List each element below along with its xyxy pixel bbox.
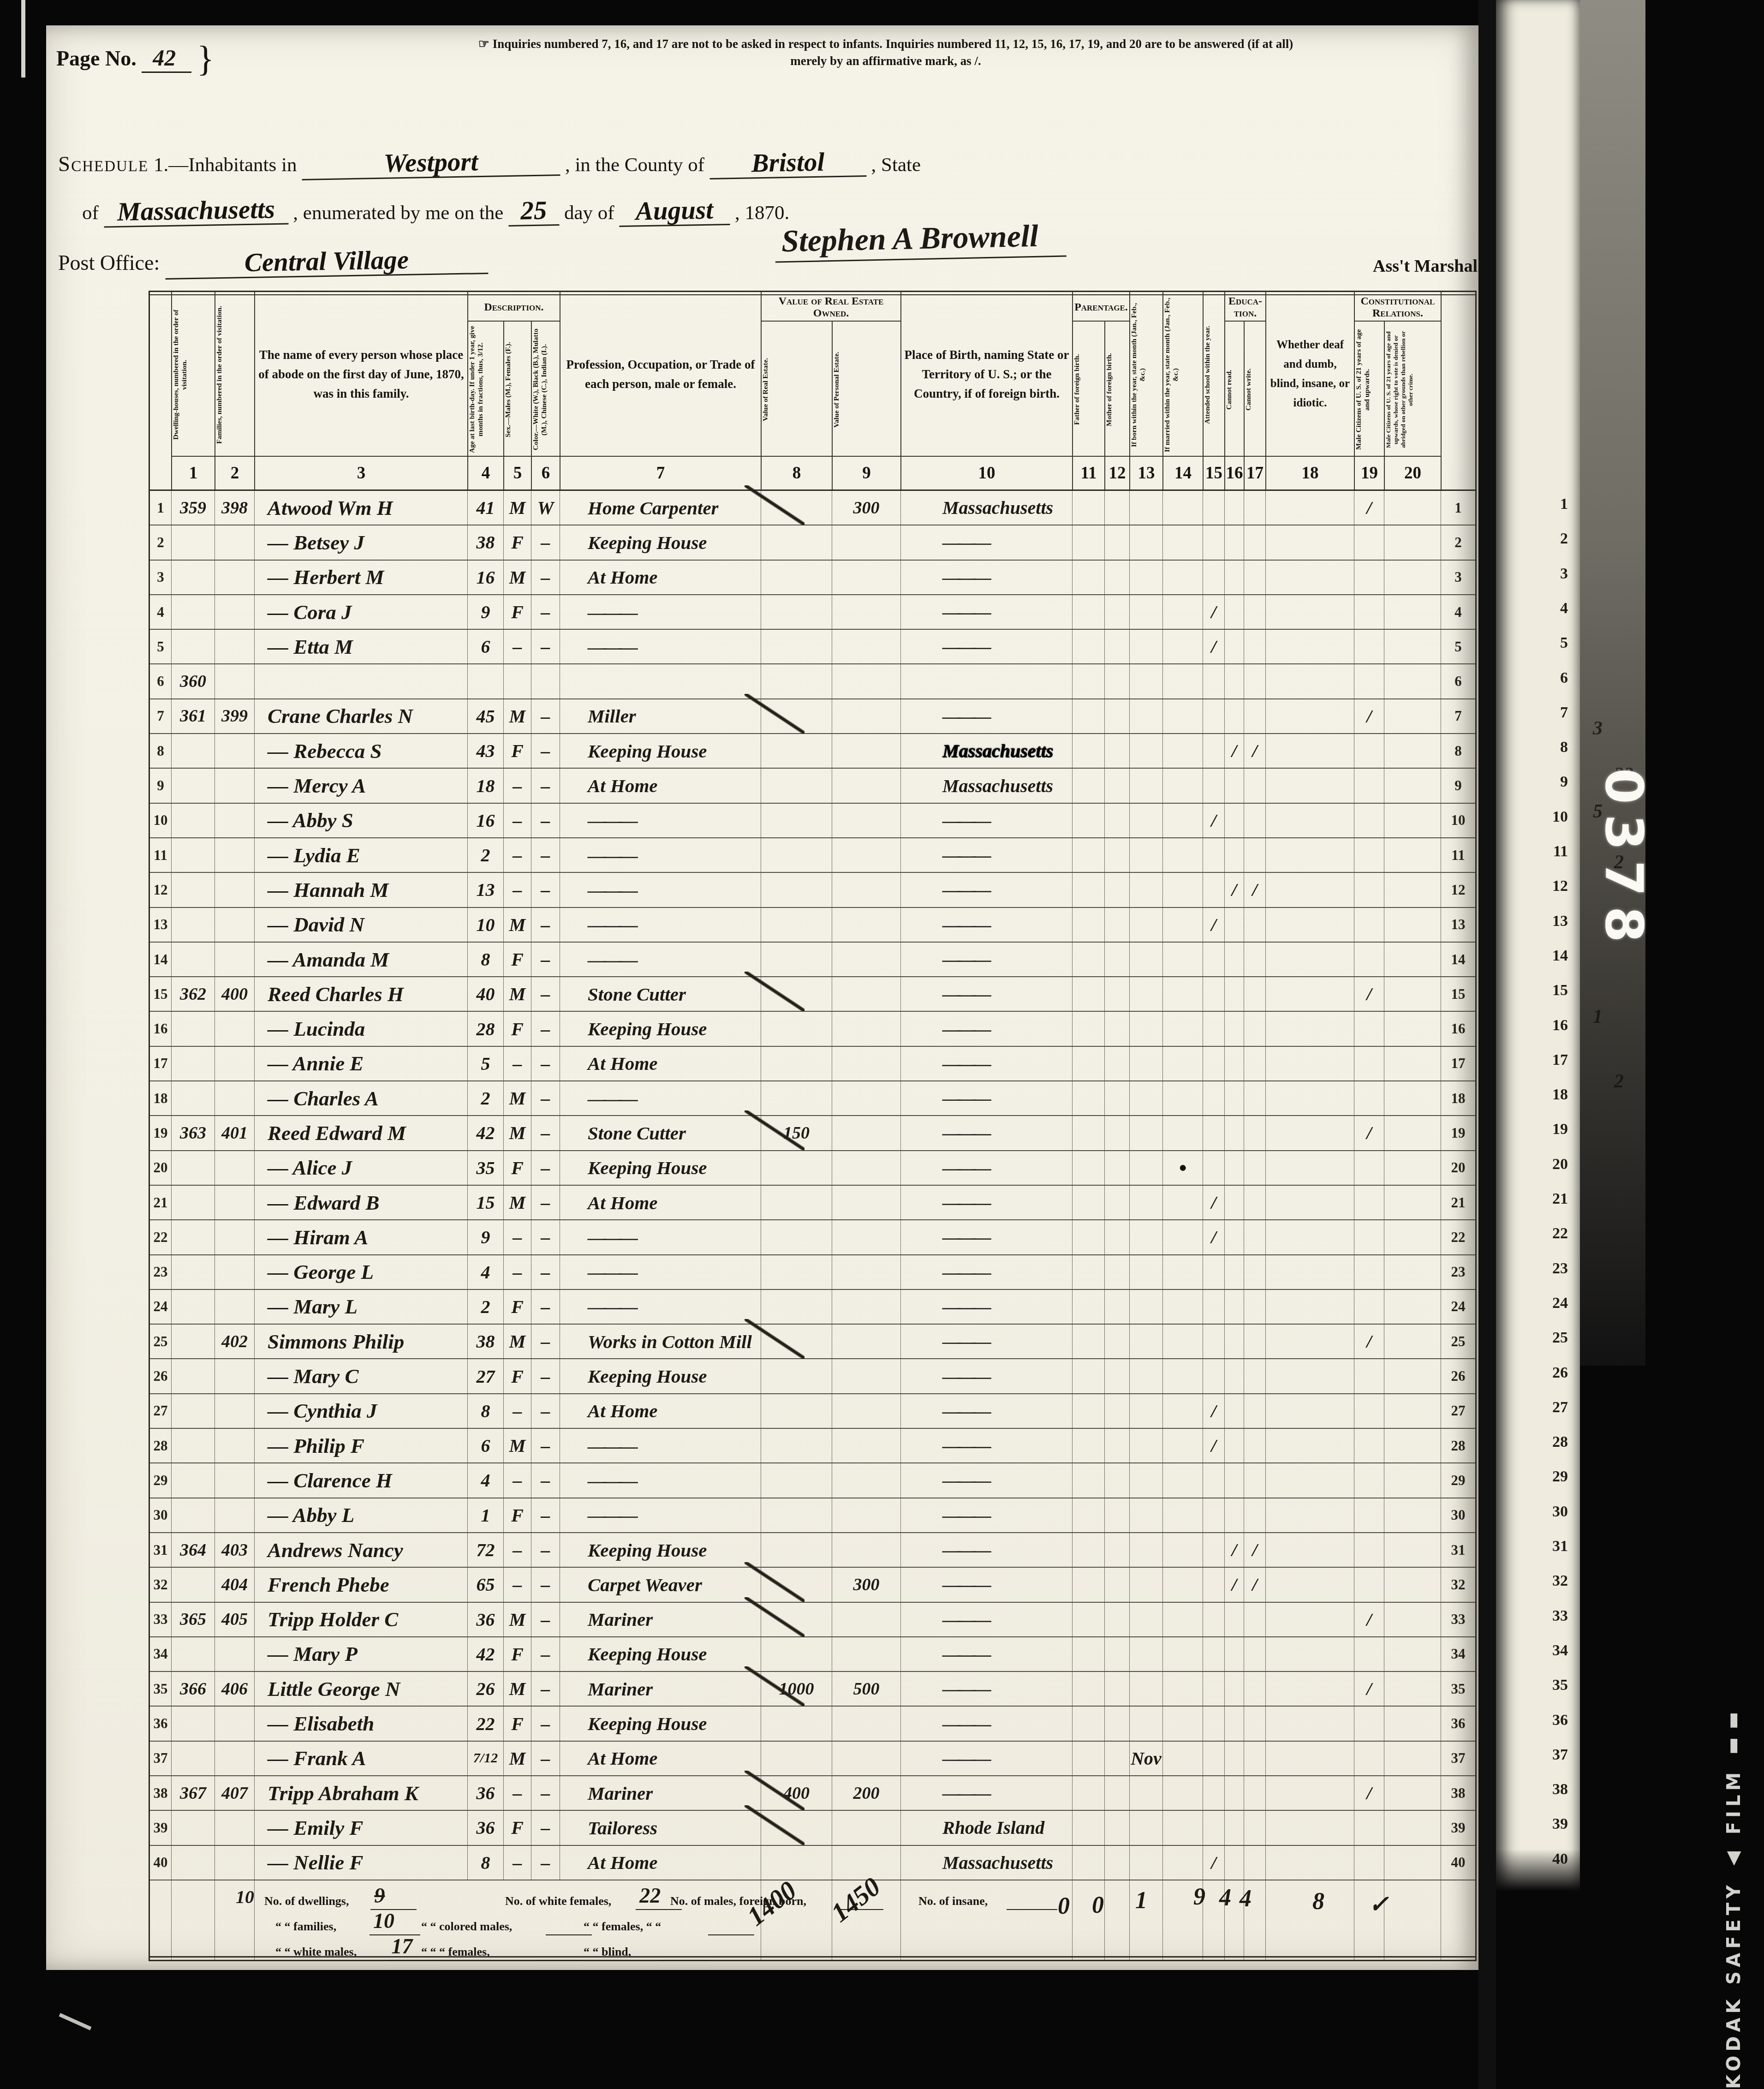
summary-underline — [534, 1960, 580, 1961]
cell-attended-school — [1203, 1707, 1224, 1740]
cell-sex: – — [503, 804, 531, 837]
cell-mother-foreign — [1104, 873, 1129, 907]
cell-name: — Herbert M — [254, 561, 467, 594]
ghost-row-number: 9 — [1560, 773, 1568, 791]
column-number-20: 20 — [1384, 456, 1441, 489]
census-page: Page No. 42 } ☞ Inquiries numbered 7, 16… — [46, 25, 1478, 1970]
cell-family: 399 — [215, 699, 254, 733]
cell-mother-foreign — [1104, 804, 1129, 837]
cell-age: 22 — [467, 1707, 503, 1740]
ghost-row-number: 30 — [1552, 1503, 1568, 1521]
row-number: 24 — [1441, 1290, 1475, 1324]
cell-sex: F — [503, 1151, 531, 1185]
column-number-19: 19 — [1354, 456, 1384, 489]
cell-cannot-write — [1244, 1463, 1265, 1497]
row-number: 22 — [150, 1220, 171, 1254]
cell-cannot-write — [1244, 769, 1265, 802]
cell-deaf-dumb — [1265, 1047, 1354, 1080]
cell-cannot-read — [1224, 491, 1244, 525]
cell-dwelling — [171, 1811, 215, 1844]
cell-cannot-read — [1224, 1359, 1244, 1393]
total-born-within-year: 1 — [1135, 1887, 1147, 1914]
cell-father-foreign — [1072, 1047, 1104, 1080]
cell-born-month — [1129, 1394, 1162, 1428]
cell-cannot-read — [1224, 1047, 1244, 1080]
cell-birthplace: ——— — [900, 908, 1072, 942]
cell-real-estate — [761, 873, 832, 907]
cell-name: — Abby S — [254, 804, 467, 837]
cell-deaf-dumb — [1265, 525, 1354, 559]
cell-occupation: Stone Cutter — [560, 1116, 761, 1150]
cell-cannot-read: / — [1224, 1568, 1244, 1601]
cell-mother-foreign — [1104, 525, 1129, 559]
cell-attended-school — [1203, 664, 1224, 698]
cell-family — [215, 664, 254, 698]
cell-occupation: At Home — [560, 1394, 761, 1428]
row-number: 12 — [1441, 873, 1475, 907]
cell-color: – — [531, 1742, 560, 1775]
cell-personal-estate: 500 — [832, 1672, 900, 1706]
ghost-row-number: 34 — [1552, 1642, 1568, 1659]
cell-real-estate — [761, 630, 832, 663]
cell-father-foreign — [1072, 1012, 1104, 1045]
cell-deaf-dumb — [1265, 873, 1354, 907]
cell-deaf-dumb — [1265, 1394, 1354, 1428]
cell-sex: – — [503, 873, 531, 907]
cell-attended-school — [1203, 699, 1224, 733]
cell-married-month — [1162, 1463, 1203, 1497]
cell-family — [215, 1290, 254, 1324]
cell-cannot-write — [1244, 838, 1265, 872]
cell-occupation: At Home — [560, 1186, 761, 1219]
cell-real-estate — [761, 908, 832, 942]
cell-cannot-read: / — [1224, 1533, 1244, 1567]
cell-cannot-write — [1244, 1255, 1265, 1289]
column-number-11: 11 — [1072, 456, 1104, 489]
summary-check-mark: ✓ — [1369, 1891, 1389, 1918]
cell-occupation — [560, 664, 761, 698]
cell-occupation: Home Carpenter — [560, 491, 761, 525]
cell-age: 1 — [467, 1498, 503, 1532]
cell-born-month — [1129, 1603, 1162, 1636]
cell-age: 18 — [467, 769, 503, 802]
cell-mother-foreign — [1104, 561, 1129, 594]
cell-attended-school — [1203, 1603, 1224, 1636]
table-row: 19363401Reed Edward M42M–Stone Cutter150… — [150, 1116, 1475, 1151]
cell-family: 402 — [215, 1325, 254, 1358]
cell-cannot-write — [1244, 1394, 1265, 1428]
cell-personal-estate — [832, 734, 900, 768]
cell-deaf-dumb — [1265, 561, 1354, 594]
cell-married-month — [1162, 1186, 1203, 1219]
cell-cannot-write — [1244, 1116, 1265, 1150]
cell-vote-denied — [1384, 1776, 1441, 1810]
cell-color: – — [531, 630, 560, 663]
table-row: 38367407Tripp Abraham K36––Mariner400200… — [150, 1776, 1475, 1811]
cell-vote-denied — [1384, 1498, 1441, 1532]
row-number: 34 — [150, 1637, 171, 1671]
column-header-18: Whether deaf and dumb, blind, insane, or… — [1265, 292, 1354, 456]
ghost-row-number: 11 — [1553, 843, 1568, 860]
cell-born-month — [1129, 491, 1162, 525]
cell-real-estate — [761, 1081, 832, 1115]
cell-father-foreign — [1072, 1290, 1104, 1324]
page-number-block: Page No. 42 } — [56, 38, 214, 80]
cell-male-citizen: / — [1354, 1776, 1384, 1810]
table-row: 36— Elisabeth22F–Keeping House———36 — [150, 1707, 1475, 1741]
column-title: Families, numbered in the order of visit… — [215, 296, 254, 454]
cell-cannot-read — [1224, 977, 1244, 1011]
row-number: 24 — [150, 1290, 171, 1324]
column-number-13: 13 — [1129, 456, 1162, 489]
place-name: Westport — [302, 147, 560, 180]
row-number: 13 — [150, 908, 171, 942]
cell-born-month — [1129, 1533, 1162, 1567]
cell-real-estate — [761, 1742, 832, 1775]
cell-vote-denied — [1384, 769, 1441, 802]
cell-name: — Clarence H — [254, 1463, 467, 1497]
cell-personal-estate — [832, 943, 900, 976]
total-father-foreign: 0 — [1058, 1892, 1070, 1920]
ghost-row-number: 3 — [1560, 565, 1568, 583]
cell-cannot-read — [1224, 1220, 1244, 1254]
row-number: 39 — [1441, 1811, 1475, 1844]
cell-deaf-dumb — [1265, 1707, 1354, 1740]
cell-sex: – — [503, 769, 531, 802]
cell-personal-estate — [832, 595, 900, 629]
cell-vote-denied — [1384, 1186, 1441, 1219]
ghost-row-number: 22 — [1552, 1225, 1568, 1242]
column-title: Color.—White (W.), Black (B.), Mulatto (… — [532, 325, 560, 454]
cell-sex: M — [503, 1116, 531, 1150]
cell-cannot-read — [1224, 1811, 1244, 1844]
cell-male-citizen — [1354, 525, 1384, 559]
cell-name: — Rebecca S — [254, 734, 467, 768]
day-value: 25 — [508, 197, 560, 227]
cell-cannot-read — [1224, 908, 1244, 942]
cell-male-citizen — [1354, 1707, 1384, 1740]
column-header-17: Cannot write. — [1244, 322, 1265, 456]
cell-father-foreign — [1072, 525, 1104, 559]
cell-name: — Cynthia J — [254, 1394, 467, 1428]
cell-name: — Lydia E — [254, 838, 467, 872]
table-row: 20— Alice J35F–Keeping House———●20 — [150, 1151, 1475, 1186]
cell-deaf-dumb — [1265, 1012, 1354, 1045]
cell-cannot-read — [1224, 664, 1244, 698]
cell-father-foreign — [1072, 1429, 1104, 1462]
cell-deaf-dumb — [1265, 699, 1354, 733]
cell-mother-foreign — [1104, 1603, 1129, 1636]
cell-name: — Cora J — [254, 595, 467, 629]
ghost-row-number: 31 — [1552, 1538, 1568, 1555]
column-number-10: 10 — [900, 456, 1072, 489]
cell-attended-school — [1203, 1672, 1224, 1706]
cell-real-estate — [761, 664, 832, 698]
cell-family — [215, 838, 254, 872]
cell-attended-school — [1203, 1776, 1224, 1810]
cell-born-month — [1129, 699, 1162, 733]
cell-color: – — [531, 1707, 560, 1740]
instructions-note: ☞ Inquiries numbered 7, 16, and 17 are n… — [304, 36, 1467, 70]
cell-married-month — [1162, 1116, 1203, 1150]
cell-father-foreign — [1072, 1186, 1104, 1219]
cell-occupation: At Home — [560, 561, 761, 594]
cell-occupation: Keeping House — [560, 1707, 761, 1740]
cell-birthplace: Rhode Island — [900, 1811, 1072, 1844]
summary-label: “ “ blind, — [584, 1945, 631, 1959]
cell-color: – — [531, 699, 560, 733]
cell-personal-estate — [832, 1394, 900, 1428]
summary-label: “ “ families, — [275, 1920, 336, 1934]
post-office-value: Central Village — [165, 245, 488, 280]
ghost-row-number: 17 — [1552, 1051, 1568, 1069]
cell-cannot-read — [1224, 1707, 1244, 1740]
row-number: 28 — [150, 1429, 171, 1462]
column-number-6: 6 — [531, 456, 560, 489]
cell-mother-foreign — [1104, 1081, 1129, 1115]
column-title: Profession, Occupation, or Trade of each… — [563, 355, 758, 394]
cell-mother-foreign — [1104, 1047, 1129, 1080]
cell-color: – — [531, 561, 560, 594]
cell-personal-estate: 300 — [832, 491, 900, 525]
cell-age: 6 — [467, 630, 503, 663]
row-number: 25 — [1441, 1325, 1475, 1358]
cell-born-month — [1129, 1151, 1162, 1185]
cell-age: 36 — [467, 1776, 503, 1810]
column-title: Attended school within the year. — [1204, 296, 1224, 454]
cell-birthplace: ——— — [900, 561, 1072, 594]
row-number: 15 — [1441, 977, 1475, 1011]
cell-male-citizen: / — [1354, 1116, 1384, 1150]
cell-color: – — [531, 1394, 560, 1428]
cell-born-month — [1129, 1811, 1162, 1844]
cell-occupation: ——— — [560, 873, 761, 907]
cell-color: – — [531, 873, 560, 907]
cell-occupation: At Home — [560, 1846, 761, 1880]
cell-color: – — [531, 1672, 560, 1706]
cell-occupation: ——— — [560, 1255, 761, 1289]
cell-cannot-write: / — [1244, 734, 1265, 768]
cell-age: 7/12 — [467, 1742, 503, 1775]
cell-married-month — [1162, 1603, 1203, 1636]
column-title: Value of Personal Estate. — [833, 325, 900, 454]
ghost-row-number: 16 — [1552, 1017, 1568, 1034]
cell-real-estate — [761, 1220, 832, 1254]
cell-cannot-read — [1224, 1151, 1244, 1185]
cell-born-month — [1129, 1290, 1162, 1324]
cell-attended-school: / — [1203, 1220, 1224, 1254]
row-number: 35 — [150, 1672, 171, 1706]
cell-attended-school — [1203, 943, 1224, 976]
cell-cannot-write — [1244, 943, 1265, 976]
cell-cannot-read — [1224, 804, 1244, 837]
film-frame-number: 0378 — [1594, 768, 1654, 1027]
cell-deaf-dumb — [1265, 1776, 1354, 1810]
column-group-parentage: Parentage. — [1072, 292, 1129, 322]
cell-cannot-read — [1224, 943, 1244, 976]
cell-mother-foreign — [1104, 1568, 1129, 1601]
column-header-8: Value of Real Estate. — [761, 322, 832, 456]
cell-born-month — [1129, 1846, 1162, 1880]
cell-father-foreign — [1072, 1568, 1104, 1601]
cell-birthplace: ——— — [900, 943, 1072, 976]
cell-married-month — [1162, 873, 1203, 907]
cell-birthplace: ——— — [900, 1290, 1072, 1324]
cell-attended-school: / — [1203, 1846, 1224, 1880]
cell-cannot-read — [1224, 699, 1244, 733]
cell-family — [215, 804, 254, 837]
cell-name: Crane Charles N — [254, 699, 467, 733]
cell-birthplace: ——— — [900, 1707, 1072, 1740]
cell-sex: – — [503, 1568, 531, 1601]
row-number: 6 — [150, 664, 171, 698]
cell-father-foreign — [1072, 595, 1104, 629]
cell-vote-denied — [1384, 1603, 1441, 1636]
cell-color: – — [531, 804, 560, 837]
cell-birthplace: ——— — [900, 595, 1072, 629]
cell-male-citizen — [1354, 1846, 1384, 1880]
column-title: Whether deaf and dumb, blind, insane, or… — [1269, 335, 1351, 413]
cell-birthplace: ——— — [900, 1359, 1072, 1393]
month-value: August — [619, 196, 730, 227]
cell-occupation: Tailoress — [560, 1811, 761, 1844]
cell-vote-denied — [1384, 1394, 1441, 1428]
cell-age: 6 — [467, 1429, 503, 1462]
cell-sex: – — [503, 1220, 531, 1254]
cell-born-month — [1129, 1325, 1162, 1358]
row-number: 4 — [1441, 595, 1475, 629]
row-number: 35 — [1441, 1672, 1475, 1706]
cell-color: – — [531, 838, 560, 872]
column-header-16: Cannot read. — [1224, 322, 1244, 456]
cell-family: 398 — [215, 491, 254, 525]
column-number-1: 1 — [171, 456, 215, 489]
ghost-row-number: 35 — [1552, 1677, 1568, 1694]
cell-attended-school: / — [1203, 1394, 1224, 1428]
cell-real-estate — [761, 491, 832, 525]
column-group-real_estate: Value of Real Estate Owned. — [761, 292, 900, 322]
column-number-18: 18 — [1265, 456, 1354, 489]
cell-married-month: ● — [1162, 1151, 1203, 1185]
of-label: of — [82, 202, 99, 224]
cell-family — [215, 525, 254, 559]
row-number: 34 — [1441, 1637, 1475, 1671]
row-number: 7 — [150, 699, 171, 733]
cell-cannot-read — [1224, 1081, 1244, 1115]
cell-occupation: Mariner — [560, 1672, 761, 1706]
summary-underline — [659, 1960, 710, 1961]
cell-male-citizen: / — [1354, 1672, 1384, 1706]
cell-deaf-dumb — [1265, 1533, 1354, 1567]
cell-married-month — [1162, 1533, 1203, 1567]
cell-mother-foreign — [1104, 734, 1129, 768]
cell-married-month — [1162, 1394, 1203, 1428]
summary-column-line — [215, 1880, 215, 1960]
cell-real-estate — [761, 1429, 832, 1462]
cell-real-estate — [761, 1255, 832, 1289]
cell-color: – — [531, 769, 560, 802]
cell-age: 16 — [467, 804, 503, 837]
cell-born-month: Nov — [1129, 1742, 1162, 1775]
cell-cannot-read — [1224, 1637, 1244, 1671]
table-row: 22— Hiram A9––——————/22 — [150, 1220, 1475, 1255]
cell-color: – — [531, 1255, 560, 1289]
cell-male-citizen — [1354, 1463, 1384, 1497]
cell-sex: – — [503, 1463, 531, 1497]
row-number: 36 — [150, 1707, 171, 1740]
cell-dwelling — [171, 595, 215, 629]
cell-deaf-dumb — [1265, 1498, 1354, 1532]
cell-real-estate — [761, 977, 832, 1011]
cell-occupation: Keeping House — [560, 1012, 761, 1045]
column-title: Male Citizens of U. S. of 21 years of ag… — [1385, 325, 1441, 454]
column-number-5: 5 — [503, 456, 531, 489]
summary-underline — [708, 1934, 754, 1935]
cell-deaf-dumb — [1265, 1151, 1354, 1185]
cell-deaf-dumb — [1265, 1463, 1354, 1497]
row-number: 26 — [150, 1359, 171, 1393]
cell-family — [215, 1463, 254, 1497]
cell-cannot-write: / — [1244, 1568, 1265, 1601]
cell-married-month — [1162, 908, 1203, 942]
ghost-row-number: 39 — [1552, 1815, 1568, 1833]
cell-sex: M — [503, 977, 531, 1011]
cell-color: – — [531, 1081, 560, 1115]
row-number: 4 — [150, 595, 171, 629]
cell-cannot-read: / — [1224, 873, 1244, 907]
cell-deaf-dumb — [1265, 1325, 1354, 1358]
cell-real-estate — [761, 1568, 832, 1601]
cell-birthplace — [900, 664, 1072, 698]
ghost-row-number: 6 — [1560, 669, 1568, 687]
cell-age: 45 — [467, 699, 503, 733]
cell-birthplace: ——— — [900, 630, 1072, 663]
cell-occupation: ——— — [560, 1220, 761, 1254]
row-number: 3 — [150, 561, 171, 594]
cell-dwelling — [171, 1012, 215, 1045]
row-number: 20 — [150, 1151, 171, 1185]
cell-sex: F — [503, 1290, 531, 1324]
summary-value: 17 — [392, 1934, 413, 1958]
cell-attended-school — [1203, 838, 1224, 872]
cell-vote-denied — [1384, 977, 1441, 1011]
cell-born-month — [1129, 1047, 1162, 1080]
column-title: Father of foreign birth. — [1073, 325, 1104, 454]
cell-birthplace: ——— — [900, 1325, 1072, 1358]
cell-dwelling — [171, 1220, 215, 1254]
cell-name: — Edward B — [254, 1186, 467, 1219]
cell-vote-denied — [1384, 908, 1441, 942]
row-number: 38 — [1441, 1776, 1475, 1810]
cell-mother-foreign — [1104, 1672, 1129, 1706]
cell-age: 72 — [467, 1533, 503, 1567]
cell-color: – — [531, 1047, 560, 1080]
ghost-digit: 2 — [1614, 1070, 1624, 1092]
column-title: Age at last birth-day. If under 1 year, … — [468, 325, 503, 454]
cell-married-month — [1162, 804, 1203, 837]
cell-deaf-dumb — [1265, 1429, 1354, 1462]
cell-occupation: At Home — [560, 1742, 761, 1775]
cell-family — [215, 1151, 254, 1185]
row-number: 11 — [1441, 838, 1475, 872]
cell-vote-denied — [1384, 873, 1441, 907]
table-row: 32404French Phebe65––Carpet Weaver300———… — [150, 1568, 1475, 1602]
cell-personal-estate — [832, 561, 900, 594]
cell-real-estate — [761, 1047, 832, 1080]
page-no-value: 42 — [142, 45, 191, 73]
cell-color: – — [531, 943, 560, 976]
cell-cannot-write — [1244, 1498, 1265, 1532]
